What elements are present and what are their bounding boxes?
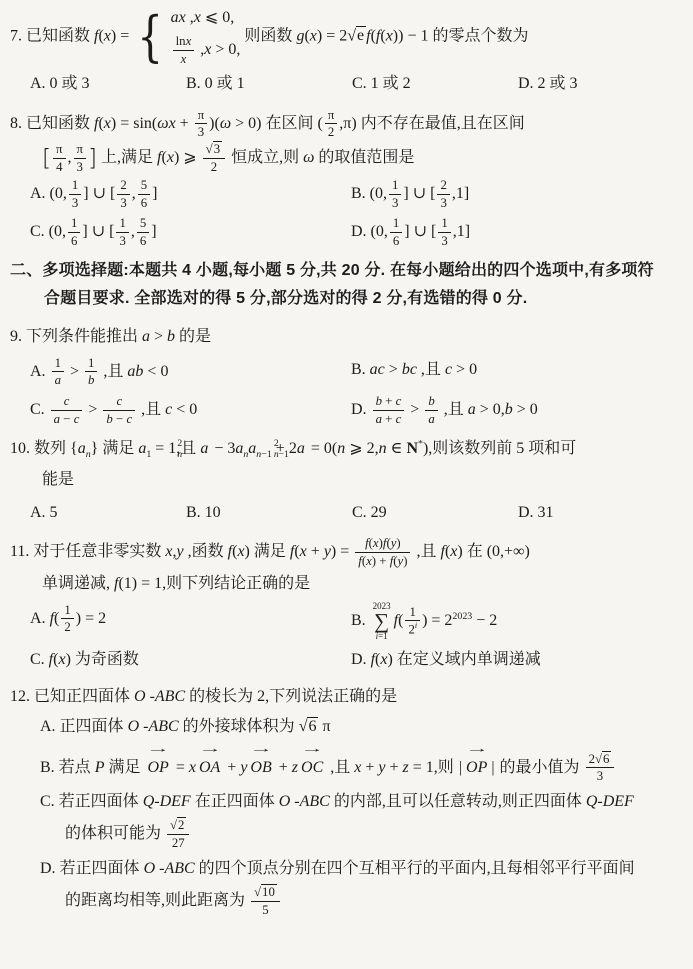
question-9: 9. 下列条件能推出 a > b 的是 A. 1a > 1b ,且 ab < 0… bbox=[10, 322, 681, 427]
question-12-option-d: D. 若正四面体 O -ABC 的四个顶点分别在四个互相平行的平面内,且每相邻平… bbox=[10, 854, 681, 919]
question-11: 11. 对于任意非零实数 x,y ,函数 f(x) 满足 f(x + y) = … bbox=[10, 535, 681, 675]
question-11-option-d: D. f(x) 在定义域内单调递减 bbox=[351, 645, 681, 675]
question-12-option-b: B. 若点 P 满足 OP = xOA + yOB + zOC ,且 x + y… bbox=[10, 745, 681, 785]
question-8-stem: 8. 已知函数 f(x) = sin(ωx + π3)(ω > 0) 在区间 (… bbox=[10, 107, 681, 176]
question-8-option-d: D. (0,16] ∪ [13,1] bbox=[351, 215, 681, 249]
question-7-option-a: A. 0 或 3 bbox=[30, 69, 180, 99]
question-11-options: A. f(12) = 2 B. 2023∑i=1f(12i) = 22023 −… bbox=[10, 602, 681, 675]
question-9-stem: 9. 下列条件能推出 a > b 的是 bbox=[10, 322, 681, 352]
question-9-option-c: C. ca − c > cb − c ,且 c < 0 bbox=[30, 393, 345, 427]
question-8: 8. 已知函数 f(x) = sin(ωx + π3)(ω > 0) 在区间 (… bbox=[10, 107, 681, 250]
question-9-options: A. 1a > 1b ,且 ab < 0 B. ac > bc ,且 c > 0… bbox=[10, 355, 681, 428]
question-7-stem: 7. 已知函数 f(x) = {ax ,x ⩽ 0,lnxx ,x > 0, 则… bbox=[10, 6, 681, 67]
question-10-stem: 10. 数列 {an} 满足 a1 = 1,且 a2n − 3anan−1 + … bbox=[10, 434, 681, 495]
question-9-option-b: B. ac > bc ,且 c > 0 bbox=[351, 355, 681, 389]
exam-paper-page: 7. 已知函数 f(x) = {ax ,x ⩽ 0,lnxx ,x > 0, 则… bbox=[0, 0, 693, 969]
question-7-option-d: D. 2 或 3 bbox=[518, 69, 681, 99]
question-11-stem: 11. 对于任意非零实数 x,y ,函数 f(x) 满足 f(x + y) = … bbox=[10, 535, 681, 600]
question-10-option-a: A. 5 bbox=[30, 498, 180, 528]
question-9-option-d: D. b + ca + c > ba ,且 a > 0,b > 0 bbox=[351, 393, 681, 427]
question-10: 10. 数列 {an} 满足 a1 = 1,且 a2n − 3anan−1 + … bbox=[10, 434, 681, 528]
question-11-option-c: C. f(x) 为奇函数 bbox=[30, 645, 345, 675]
question-11-option-b: B. 2023∑i=1f(12i) = 22023 − 2 bbox=[351, 602, 681, 641]
question-8-options: A. (0,13] ∪ [23,56] B. (0,13] ∪ [23,1] C… bbox=[10, 177, 681, 250]
question-9-option-a: A. 1a > 1b ,且 ab < 0 bbox=[30, 355, 345, 389]
question-7-option-c: C. 1 或 2 bbox=[352, 69, 512, 99]
question-7-option-b: B. 0 或 1 bbox=[186, 69, 346, 99]
question-7: 7. 已知函数 f(x) = {ax ,x ⩽ 0,lnxx ,x > 0, 则… bbox=[10, 6, 681, 100]
question-8-option-c: C. (0,16] ∪ [13,56] bbox=[30, 215, 345, 249]
question-12-option-a: A. 正四面体 O -ABC 的外接球体积为 √6 π bbox=[10, 712, 681, 742]
question-10-option-d: D. 31 bbox=[518, 498, 681, 528]
section-2-header: 二、多项选择题:本题共 4 小题,每小题 5 分,共 20 分. 在每小题给出的… bbox=[10, 257, 681, 315]
question-7-options: A. 0 或 3 B. 0 或 1 C. 1 或 2 D. 2 或 3 bbox=[10, 69, 681, 99]
question-10-options: A. 5 B. 10 C. 29 D. 31 bbox=[10, 498, 681, 528]
question-8-option-b: B. (0,13] ∪ [23,1] bbox=[351, 177, 681, 211]
question-8-option-a: A. (0,13] ∪ [23,56] bbox=[30, 177, 345, 211]
question-12-option-c: C. 若正四面体 Q-DEF 在正四面体 O -ABC 的内部,且可以任意转动,… bbox=[10, 787, 681, 852]
question-10-option-b: B. 10 bbox=[186, 498, 346, 528]
question-12-stem: 12. 已知正四面体 O -ABC 的棱长为 2,下列说法正确的是 bbox=[10, 682, 681, 712]
question-10-option-c: C. 29 bbox=[352, 498, 512, 528]
question-11-option-a: A. f(12) = 2 bbox=[30, 602, 345, 641]
question-12: 12. 已知正四面体 O -ABC 的棱长为 2,下列说法正确的是 A. 正四面… bbox=[10, 682, 681, 918]
